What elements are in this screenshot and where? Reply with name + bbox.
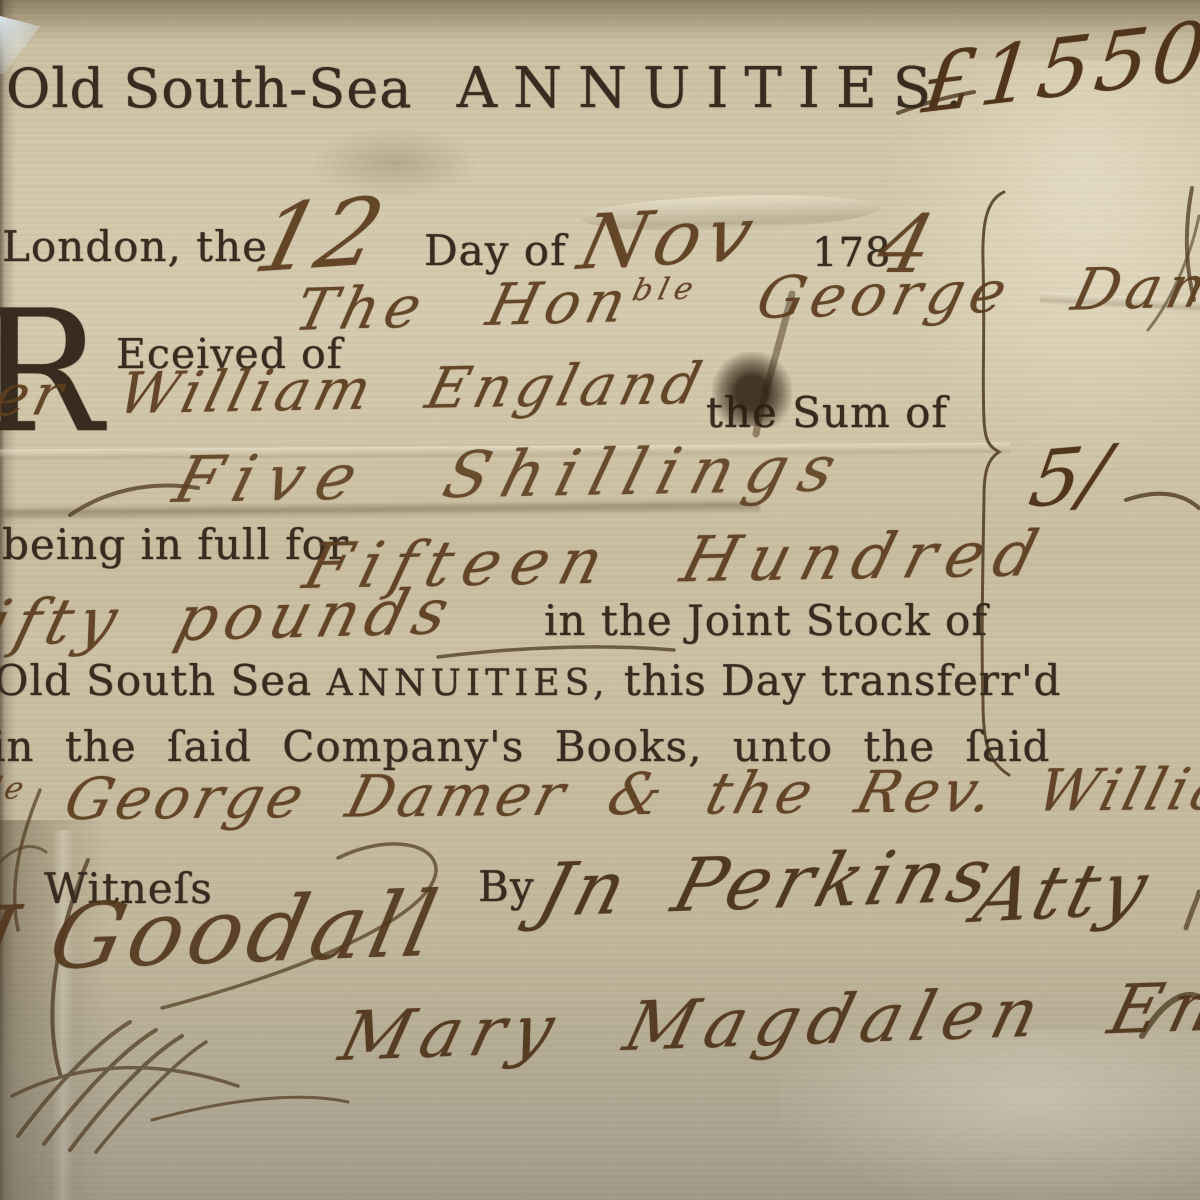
joint-stock: in the Joint Stock of <box>544 596 988 645</box>
transferee-text: George Damer & the Rev. William Eng <box>58 753 1200 833</box>
amount-words: Five Shillings <box>166 432 856 518</box>
left-cross-stroke <box>0 847 46 862</box>
stock-line-a: Old South Sea <box>0 656 312 705</box>
attorney-signature: Jn Perkins <box>529 832 1005 934</box>
stock-line: Old South Sea ANNUITIES, this Day transf… <box>0 656 1061 705</box>
stock-line-caps: ANNUITIES, <box>327 663 610 704</box>
sum-of: the Sum of <box>706 388 948 437</box>
payer-line1-b: George Damer <box>751 250 1200 332</box>
dateline-place: London, the <box>2 222 268 271</box>
amount-figures: 5/ <box>1023 429 1115 525</box>
payer-line1-a: The Hon <box>289 267 639 344</box>
transferee-line: ble George Damer & the Rev. William Eng <box>0 753 1200 834</box>
figures-swash <box>1126 494 1199 508</box>
payer-line1-sup: ble <box>629 272 703 309</box>
header-title-prefix: Old South-Sea <box>6 57 412 120</box>
attorney-title: Atty <box>966 845 1160 940</box>
dateline-dayof: Day of <box>424 226 567 275</box>
consideration-2: fifty pounds <box>0 575 463 661</box>
full-for: being in full for <box>2 520 349 569</box>
transferee-sup: ble <box>0 771 31 807</box>
party-signature: Mary Magdalen Eng <box>332 966 1200 1077</box>
amount-top-right: £1550 <box>918 4 1200 133</box>
by-label: By <box>478 862 535 911</box>
annuity-receipt-document: Old South-Sea ANNUITIES. £1550 London, t… <box>0 0 1200 1200</box>
header-title: Old South-Sea ANNUITIES. <box>6 56 979 121</box>
atty-continuation <box>1186 892 1199 928</box>
stock-line-c: this Day transferr'd <box>624 656 1062 705</box>
payer-line2: ver William England <box>0 351 713 430</box>
header-title-caps: ANNUITIES. <box>457 56 979 121</box>
illegible-signature-strokes <box>12 1022 348 1152</box>
witness-signature: J Goodall <box>0 872 451 993</box>
